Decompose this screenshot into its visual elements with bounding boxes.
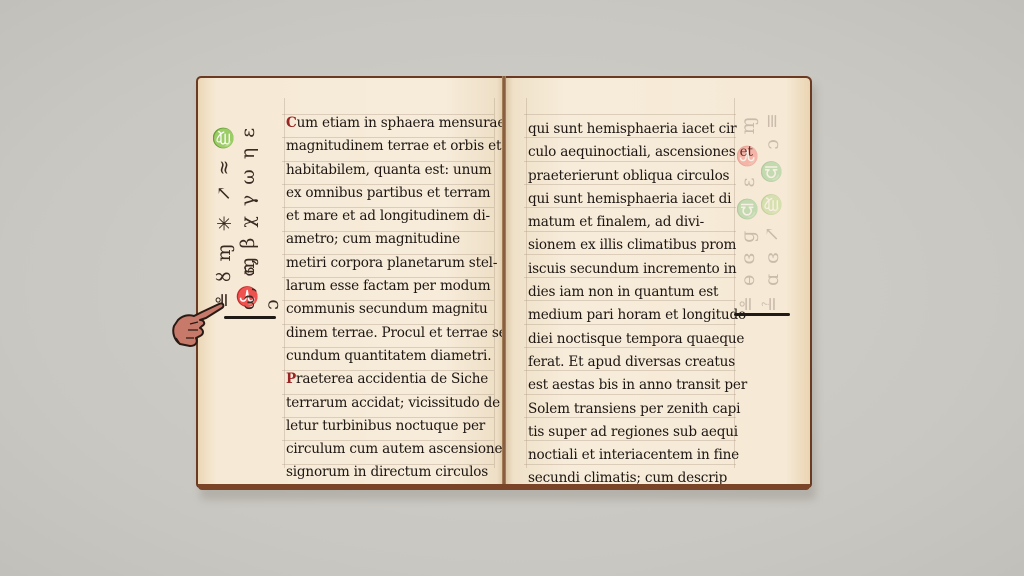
manuscript-line: ferat. Et apud diversas creatus <box>528 351 753 374</box>
line-text: sionem ex illis climatibus prom <box>528 237 736 253</box>
line-text: dinem terrae. Procul et terrae se <box>286 325 506 341</box>
line-text: medium pari horam et longitudo <box>528 307 746 323</box>
line-text: cundum quantitatem diametri. <box>286 348 491 364</box>
marginal-glyphs-col2: ω, ϭ, β χ γ ω η ε ɔ <box>236 114 284 310</box>
manuscript-line: culo aequinoctiali, ascensiones et <box>528 141 753 164</box>
manuscript-line: noctiali et interiacentem in fine <box>528 444 753 467</box>
manuscript-line: est aestas bis in anno transit per <box>528 374 753 397</box>
manuscript-line: dinem terrae. Procul et terrae se <box>286 322 509 345</box>
manuscript-line: signorum in directum circulos <box>286 461 509 484</box>
line-text: um etiam in sphaera mensurae <box>297 115 506 131</box>
rubricated-initial: C <box>286 115 297 131</box>
manuscript-line: sionem ex illis climatibus prom <box>528 234 753 257</box>
manuscript-line: terrarum accidat; vicissitudo de <box>286 392 509 415</box>
line-text: terrarum accidat; vicissitudo de <box>286 395 500 411</box>
manuscript-line: communis secundum magnitu <box>286 298 509 321</box>
line-text: praeterierunt obliqua circulos <box>528 168 729 184</box>
manicule-pointing-hand-icon <box>168 296 226 348</box>
ruling-line <box>524 114 736 115</box>
manuscript-line: diei noctisque tempora quaeque <box>528 328 753 351</box>
manuscript-line: dies iam non in quantum est <box>528 281 753 304</box>
faint-glyphs-col1: ≗ ɵ ɞ ɡ ♎ ε ♈ ɱ <box>736 102 760 312</box>
manuscript-line: medium pari horam et longitudo <box>528 304 753 327</box>
manuscript-line: Solem transiens per zenith capi <box>528 398 753 421</box>
line-text: raeterea accidentia de Siche <box>296 371 488 387</box>
manuscript-line: qui sunt hemisphaeria iacet di <box>528 188 753 211</box>
line-text: Solem transiens per zenith capi <box>528 401 740 417</box>
manuscript-line: letur turbinibus noctuque per <box>286 415 509 438</box>
manuscript-line: cundum quantitatem diametri. <box>286 345 509 368</box>
manuscript-line: metiri corpora planetarum stel- <box>286 252 509 275</box>
right-margin-rule <box>526 98 527 468</box>
line-text: circulum cum autem ascensiones <box>286 441 509 457</box>
line-text: iscuis secundum incremento in <box>528 261 736 277</box>
manuscript-line: Cum etiam in sphaera mensurae <box>286 112 509 135</box>
line-text: metiri corpora planetarum stel- <box>286 255 497 271</box>
faint-glyphs-col2: ≟ ɑ ɞ ↗ ♍ ♎ ɔ ≡ <box>760 102 784 312</box>
left-margin-rule <box>284 98 285 468</box>
right-page: qui sunt hemisphaeria iacet circulo aequ… <box>504 76 812 488</box>
manuscript-line: habitabilem, quanta est: unum <box>286 159 509 182</box>
line-text: ferat. Et apud diversas creatus <box>528 354 735 370</box>
line-text: letur turbinibus noctuque per <box>286 418 485 434</box>
line-text: matum et finalem, ad divi- <box>528 214 704 230</box>
line-text: magnitudinem terrae et orbis et <box>286 138 501 154</box>
manuscript-line: magnitudinem terrae et orbis et <box>286 135 509 158</box>
line-text: ex omnibus partibus et terram <box>286 185 490 201</box>
left-page-text: Cum etiam in sphaera mensuraemagnitudine… <box>286 112 509 485</box>
manuscript-line: tis super ad regiones sub aequi <box>528 421 753 444</box>
line-text: larum esse factam per modum <box>286 278 490 294</box>
manuscript-line: ex omnibus partibus et terram <box>286 182 509 205</box>
line-text: est aestas bis in anno transit per <box>528 377 747 393</box>
marginal-underline <box>224 316 276 319</box>
manuscript-line: praeterierunt obliqua circulos <box>528 165 753 188</box>
book-gutter <box>502 76 506 488</box>
book-binding-edge <box>198 484 810 490</box>
line-text: diei noctisque tempora quaeque <box>528 331 744 347</box>
manuscript-line: iscuis secundum incremento in <box>528 258 753 281</box>
line-text: noctiali et interiacentem in fine <box>528 447 739 463</box>
right-page-text: qui sunt hemisphaeria iacet circulo aequ… <box>528 118 753 491</box>
manuscript-line: larum esse factam per modum <box>286 275 509 298</box>
manuscript-line: ametro; cum magnitudine <box>286 228 509 251</box>
line-text: qui sunt hemisphaeria iacet di <box>528 191 731 207</box>
line-text: culo aequinoctiali, ascensiones et <box>528 144 753 160</box>
manuscript-line: qui sunt hemisphaeria iacet cir <box>528 118 753 141</box>
manuscript-line: circulum cum autem ascensiones <box>286 438 509 461</box>
line-text: signorum in directum circulos <box>286 464 488 480</box>
line-text: dies iam non in quantum est <box>528 284 718 300</box>
line-text: et mare et ad longitudinem di- <box>286 208 490 224</box>
open-manuscript: ≗ ȣ ɱ ✳ ↗ ≈ ♍ ♈ ɱ ω, ϭ, β χ γ ω η ε ɔ Cu… <box>196 76 812 494</box>
line-text: communis secundum magnitu <box>286 301 488 317</box>
line-text: qui sunt hemisphaeria iacet cir <box>528 121 736 137</box>
manuscript-line: Praeterea accidentia de Siche <box>286 368 509 391</box>
manuscript-line: matum et finalem, ad divi- <box>528 211 753 234</box>
line-text: habitabilem, quanta est: unum <box>286 162 491 178</box>
rubricated-initial: P <box>286 371 296 387</box>
line-text: ametro; cum magnitudine <box>286 231 460 247</box>
manuscript-line: et mare et ad longitudinem di- <box>286 205 509 228</box>
left-page: ≗ ȣ ɱ ✳ ↗ ≈ ♍ ♈ ɱ ω, ϭ, β χ γ ω η ε ɔ Cu… <box>196 76 506 488</box>
right-marginal-underline <box>734 313 790 316</box>
line-text: tis super ad regiones sub aequi <box>528 424 738 440</box>
